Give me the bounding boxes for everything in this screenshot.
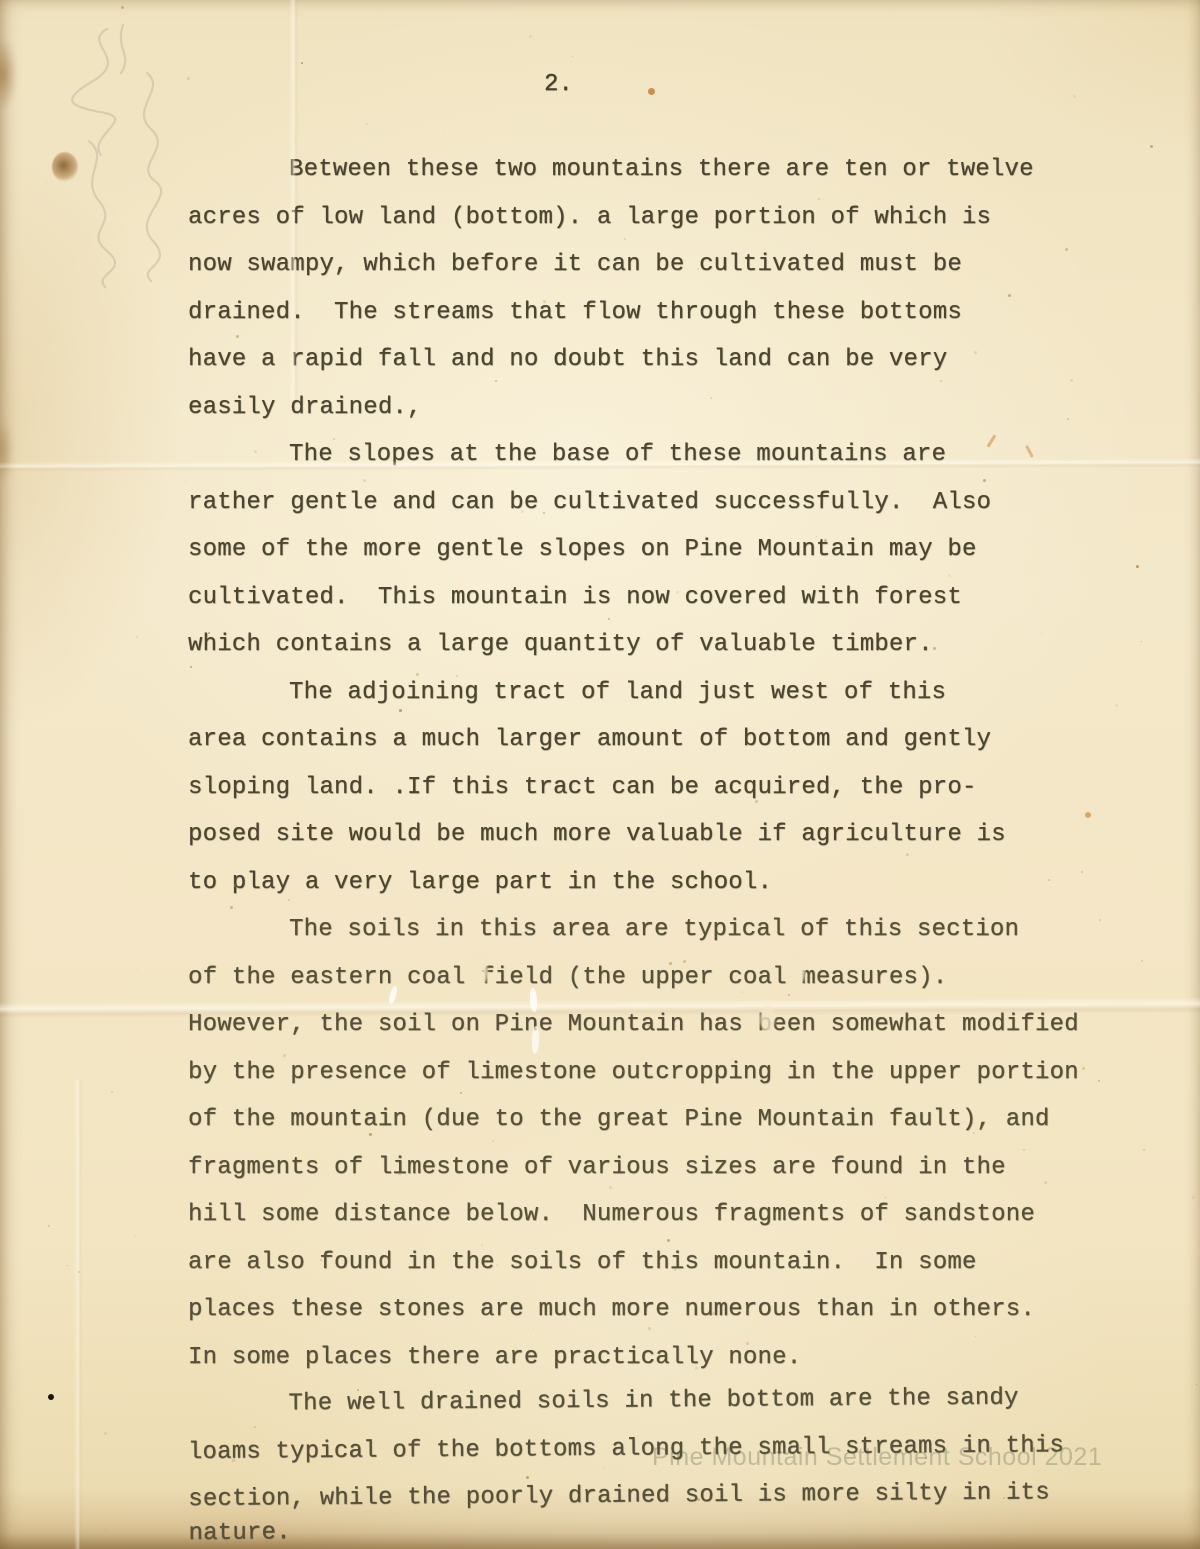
- text-line: now swampy, which before it can be culti…: [188, 241, 1079, 289]
- speck: [1192, 1196, 1195, 1199]
- text-line: some of the more gentle slopes on Pine M…: [188, 526, 1079, 574]
- text-line: of the eastern coal field (the upper coa…: [188, 954, 1079, 1002]
- speck: [137, 969, 138, 970]
- paragraph: Between these two mountains there are te…: [188, 146, 1079, 431]
- stain: [0, 38, 18, 110]
- speck: [1136, 565, 1139, 568]
- text-line: hill some distance below. Numerous fragm…: [188, 1191, 1079, 1239]
- page-number: 2.: [544, 70, 573, 100]
- document-scan: Pine Mountain Settlement School 2021 2. …: [0, 0, 1200, 1549]
- speck: [366, 123, 368, 125]
- stain: [0, 418, 14, 482]
- text-line: In some places there are practically non…: [188, 1334, 1079, 1382]
- text-line: have a rapid fall and no doubt this land…: [188, 336, 1079, 384]
- vertical-crease: [74, 1080, 83, 1549]
- paragraph: The well drained soils in the bottom are…: [187, 1374, 1079, 1549]
- speck: [1141, 960, 1143, 962]
- text-line: fragments of limestone of various sizes …: [188, 1144, 1079, 1192]
- speck: [1150, 145, 1153, 148]
- speck: [116, 1451, 117, 1452]
- text-line: to play a very large part in the school.: [188, 859, 1079, 907]
- text-line: section, while the poorly drained soil i…: [188, 1469, 1079, 1523]
- text-line: The slopes at the base of these mountain…: [188, 431, 1079, 479]
- text-line: Between these two mountains there are te…: [188, 146, 1079, 194]
- text-line: However, the soil on Pine Mountain has b…: [188, 1001, 1079, 1049]
- ink-dot: [48, 1394, 54, 1400]
- speck: [145, 469, 146, 470]
- text-line: The soils in this area are typical of th…: [188, 906, 1079, 954]
- speck: [121, 6, 124, 9]
- speck: [45, 888, 46, 889]
- paragraph: The adjoining tract of land just west of…: [188, 669, 1079, 907]
- speck: [1081, 871, 1083, 873]
- speck: [135, 1235, 136, 1236]
- speck: [1143, 1149, 1145, 1151]
- text-line: are also found in the soils of this moun…: [188, 1239, 1079, 1287]
- text-line: acres of low land (bottom). a large port…: [188, 194, 1079, 242]
- stain: [648, 88, 655, 95]
- text-line: sloping land. .If this tract can be acqu…: [188, 764, 1079, 812]
- text-line: drained. The streams that flow through t…: [188, 289, 1079, 337]
- text-line: The adjoining tract of land just west of…: [188, 669, 1079, 717]
- text-line: by the presence of limestone outcropping…: [188, 1049, 1079, 1097]
- text-line: of the mountain (due to the great Pine M…: [188, 1096, 1079, 1144]
- paragraph: The soils in this area are typical of th…: [188, 906, 1079, 1381]
- speck: [572, 56, 573, 57]
- speck: [136, 636, 138, 638]
- speck: [301, 62, 303, 64]
- speck: [1073, 95, 1076, 98]
- speck: [1141, 641, 1142, 642]
- speck: [1099, 919, 1101, 921]
- speck: [21, 1159, 22, 1160]
- speck: [67, 1265, 68, 1266]
- text-line: cultivated. This mountain is now covered…: [188, 574, 1079, 622]
- speck: [104, 1432, 107, 1435]
- text-line: loams typical of the bottoms along the s…: [188, 1422, 1079, 1476]
- speck: [48, 1225, 50, 1227]
- speck: [1098, 1080, 1100, 1082]
- text-line: places these stones are much more numero…: [188, 1286, 1079, 1334]
- text-line: posed site would be much more valuable i…: [188, 811, 1079, 859]
- document-body: Between these two mountains there are te…: [188, 146, 1079, 1549]
- speck: [443, 132, 444, 133]
- speck: [105, 1529, 106, 1530]
- speck: [185, 481, 186, 482]
- speck: [1082, 1067, 1085, 1070]
- text-line: The well drained soils in the bottom are…: [187, 1374, 1078, 1428]
- text-line: rather gentle and can be cultivated succ…: [188, 479, 1079, 527]
- text-line: area contains a much larger amount of bo…: [188, 716, 1079, 764]
- speck: [78, 1271, 80, 1273]
- stain: [1085, 812, 1091, 818]
- text-line: which contains a large quantity of valua…: [188, 621, 1079, 669]
- speck: [111, 1091, 113, 1093]
- speck: [1196, 1384, 1197, 1385]
- speck: [529, 35, 532, 38]
- speck: [1115, 704, 1118, 707]
- text-line: easily drained.,: [188, 384, 1079, 432]
- paragraph: The slopes at the base of these mountain…: [188, 431, 1079, 669]
